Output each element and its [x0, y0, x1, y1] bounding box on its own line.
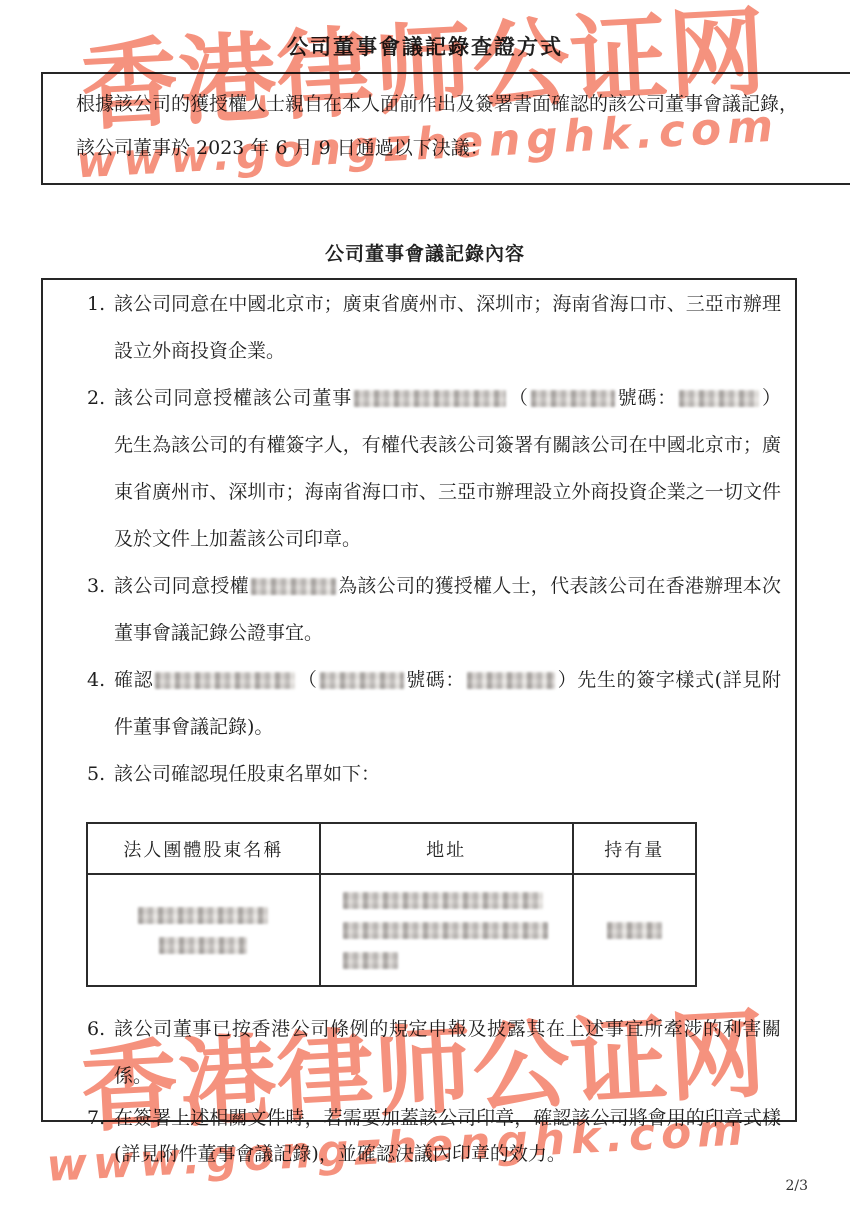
shareholders-table: 法人團體股東名稱 地址 持有量	[86, 822, 697, 987]
column-header-holding: 持有量	[573, 823, 696, 874]
redacted-text	[607, 922, 662, 939]
redacted-text	[159, 937, 247, 954]
resolution-item-5: 5.該公司確認現任股東名單如下：	[87, 751, 783, 798]
resolution-list-lower: 6.該公司董事已按香港公司條例的規定申報及披露其在上述事宜所牽涉的利害關係。7.…	[43, 1005, 795, 1172]
redacted-text	[251, 578, 336, 595]
redacted-text	[320, 672, 404, 689]
redacted-text	[531, 390, 615, 407]
intro-line-1: 根據該公司的獲授權人士親自在本人面前作出及簽署書面確認的該公司董事會議記錄，	[76, 82, 828, 126]
intro-line-2: 該公司董事於 2023 年 6 月 9 日通過以下決議：	[76, 126, 828, 170]
item-number: 7.	[87, 1100, 114, 1172]
item-number: 5.	[87, 751, 114, 798]
redacted-text	[155, 672, 295, 689]
redacted-text	[343, 922, 548, 939]
resolution-item-4: 4.確認（號碼：）先生的簽字樣式(詳見附件董事會議記錄)。	[87, 657, 783, 751]
redacted-text	[467, 672, 555, 689]
cell-holding-redacted	[573, 874, 696, 986]
item-text: 在簽署上述相關文件時，若需要加蓋該公司印章，確認該公司將會用的印章式樣(詳見附件…	[114, 1100, 783, 1172]
item-number: 2.	[87, 375, 114, 563]
page-number: 2/3	[785, 1178, 808, 1194]
item-text: 該公司同意授權為該公司的獲授權人士，代表該公司在香港辦理本次董事會議記錄公證事宜…	[114, 563, 783, 657]
item-text: 該公司確認現任股東名單如下：	[114, 751, 783, 798]
table-row	[87, 874, 696, 986]
resolution-item-1: 1.該公司同意在中國北京市；廣東省廣州市、深圳市；海南省海口市、三亞市辦理設立外…	[87, 281, 783, 375]
intro-box: 根據該公司的獲授權人士親自在本人面前作出及簽署書面確認的該公司董事會議記錄， 該…	[41, 72, 850, 185]
resolution-item-2: 2.該公司同意授權該公司董事（號碼：）先生為該公司的有權簽字人，有權代表該公司簽…	[87, 375, 783, 563]
item-number: 1.	[87, 281, 114, 375]
table-header-row: 法人團體股東名稱 地址 持有量	[87, 823, 696, 874]
column-header-address: 地址	[320, 823, 573, 874]
content-box: 1.該公司同意在中國北京市；廣東省廣州市、深圳市；海南省海口市、三亞市辦理設立外…	[41, 278, 797, 1122]
document-page: 公司董事會議記錄查證方式 根據該公司的獲授權人士親自在本人面前作出及簽署書面確認…	[0, 0, 850, 1228]
cell-shareholder-name-redacted	[87, 874, 320, 986]
item-number: 4.	[87, 657, 114, 751]
item-number: 6.	[87, 1006, 114, 1100]
cell-address-redacted	[320, 874, 573, 986]
resolution-item-7: 7.在簽署上述相關文件時，若需要加蓋該公司印章，確認該公司將會用的印章式樣(詳見…	[87, 1100, 783, 1172]
page-title: 公司董事會議記錄查證方式	[0, 31, 850, 61]
column-header-shareholder-name: 法人團體股東名稱	[87, 823, 320, 874]
redacted-text	[138, 907, 268, 924]
redacted-text	[679, 390, 759, 407]
item-text: 該公司同意授權該公司董事（號碼：）先生為該公司的有權簽字人，有權代表該公司簽署有…	[114, 375, 783, 563]
redacted-text	[354, 390, 506, 407]
resolution-item-6: 6.該公司董事已按香港公司條例的規定申報及披露其在上述事宜所牽涉的利害關係。	[87, 1006, 783, 1100]
section-title: 公司董事會議記錄內容	[0, 239, 850, 266]
item-text: 該公司董事已按香港公司條例的規定申報及披露其在上述事宜所牽涉的利害關係。	[114, 1006, 783, 1100]
redacted-text	[343, 952, 398, 969]
item-number: 3.	[87, 563, 114, 657]
item-text: 確認（號碼：）先生的簽字樣式(詳見附件董事會議記錄)。	[114, 657, 783, 751]
resolution-list-upper: 1.該公司同意在中國北京市；廣東省廣州市、深圳市；海南省海口市、三亞市辦理設立外…	[43, 280, 795, 798]
redacted-text	[343, 892, 543, 909]
resolution-item-3: 3.該公司同意授權為該公司的獲授權人士，代表該公司在香港辦理本次董事會議記錄公證…	[87, 563, 783, 657]
item-text: 該公司同意在中國北京市；廣東省廣州市、深圳市；海南省海口市、三亞市辦理設立外商投…	[114, 281, 783, 375]
